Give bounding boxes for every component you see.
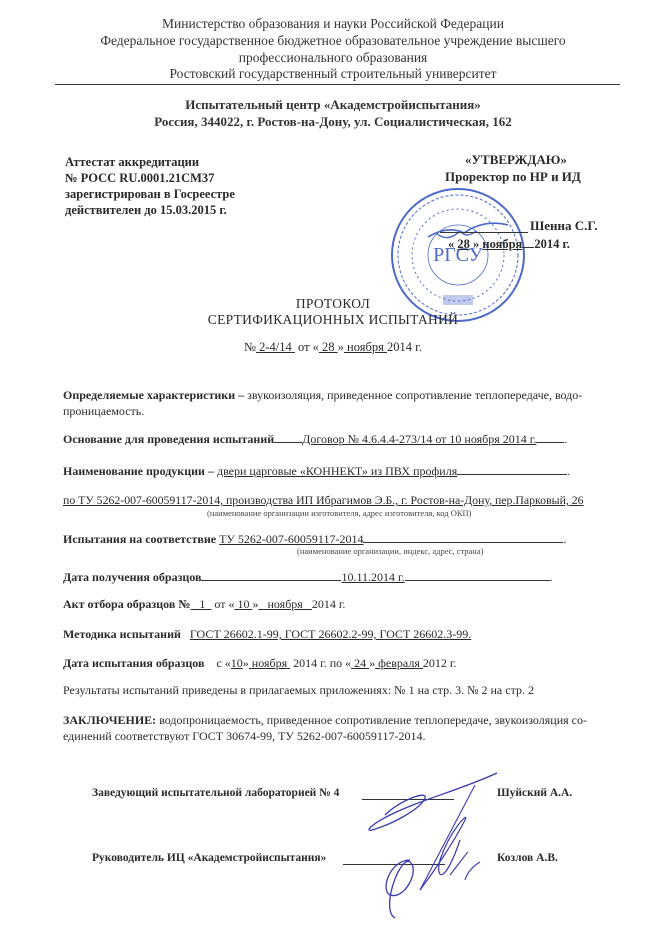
basis-field: Основание для проведения испытанийДогово… xyxy=(63,430,567,447)
conclusion-text: водопроницаемость, приведенное сопротивл… xyxy=(159,713,587,727)
conclusion: ЗАКЛЮЧЕНИЕ: водопроницаемость, приведенн… xyxy=(63,713,587,728)
signature-position-lab: Заведующий испытательной лабораторией № … xyxy=(92,787,339,799)
sampling-act-month: ноября xyxy=(267,597,302,611)
sampling-act-field: Акт отбора образцов № 1 от « 10 » ноября… xyxy=(63,597,345,612)
approval-signer: Шенна С.Г. xyxy=(530,218,597,234)
product-caption: (наименование организации изготовителя, … xyxy=(207,508,471,518)
product-manufacturer: по ТУ 5262-007-60059117-2014, производст… xyxy=(63,493,584,508)
conformity-label: Испытания на соответствие xyxy=(63,532,216,546)
handwritten-signature-icon xyxy=(350,770,510,930)
approval-day: 28 xyxy=(457,237,470,251)
accreditation-title: Аттестат аккредитации xyxy=(65,154,235,170)
approval-month: ноября xyxy=(482,237,522,251)
test-center-name: Испытательный центр «Академстройиспытани… xyxy=(0,96,666,113)
receipt-date-value: 10.11.2014 г. xyxy=(341,570,404,584)
product-value: двери царговые «КОННЕКТ» из ПВХ профиля xyxy=(217,464,457,478)
accreditation-valid-until: действителен до 15.03.2015 г. xyxy=(65,202,235,218)
test-month-end: февраля xyxy=(378,656,420,670)
test-day-end: 24 xyxy=(354,656,366,670)
test-center-address: Россия, 344022, г. Ростов-на-Дону, ул. С… xyxy=(0,113,666,130)
approval-position: Проректор по НР и ИД xyxy=(445,169,581,185)
receipt-date-field: Дата получения образцов10.11.2014 г.. xyxy=(63,568,553,585)
protocol-title: ПРОТОКОЛ xyxy=(0,296,666,312)
institution-line-2: профессионального образования xyxy=(0,49,666,66)
protocol-month: ноября xyxy=(344,340,387,354)
institution-line: Федеральное государственное бюджетное об… xyxy=(0,32,666,49)
method-value: ГОСТ 26602.1-99, ГОСТ 26602.2-99, ГОСТ 2… xyxy=(190,627,471,641)
receipt-date-label: Дата получения образцов xyxy=(63,570,201,584)
accreditation-number: № РОСС RU.0001.21СМ37 xyxy=(65,170,235,186)
approval-title: «УТВЕРЖДАЮ» xyxy=(465,152,567,168)
protocol-number-line: № 2-4/14 от « 28 » ноября 2014 г. xyxy=(0,340,666,355)
protocol-day: 28 xyxy=(319,340,338,354)
protocol-subtitle: СЕРТИФИКАЦИОННЫХ ИСПЫТАНИЙ xyxy=(0,312,666,328)
results-note: Результаты испытаний приведены в прилага… xyxy=(63,683,534,698)
product-label: Наименование продукции – xyxy=(63,464,214,478)
test-day-start: 10 xyxy=(231,656,243,670)
accreditation-block: Аттестат аккредитации № РОСС RU.0001.21С… xyxy=(65,154,235,218)
approval-year: 2014 г. xyxy=(534,237,570,251)
protocol-number: 2-4/14 xyxy=(256,340,295,354)
sampling-act-label: Акт отбора образцов № xyxy=(63,597,190,611)
conclusion-text-cont: единений соответствуют ГОСТ 30674-99, ТУ… xyxy=(63,729,425,744)
test-date-field: Дата испытания образцов с «10» ноября 20… xyxy=(63,656,456,671)
test-date-label: Дата испытания образцов xyxy=(63,656,204,670)
sampling-act-day: 10 xyxy=(237,597,249,611)
conformity-value: ТУ 5262-007-60059117-2014 xyxy=(219,532,363,546)
characteristics-label: Определяемые характеристики – xyxy=(63,388,244,402)
method-label: Методика испытаний xyxy=(63,627,181,641)
university-name: Ростовский государственный строительный … xyxy=(0,65,666,82)
conformity-field: Испытания на соответствие ТУ 5262-007-60… xyxy=(63,530,566,547)
characteristics-value: звукоизоляция, приведенное сопротивление… xyxy=(247,388,582,402)
sampling-act-number: 1 xyxy=(199,597,205,611)
basis-label: Основание для проведения испытаний xyxy=(63,432,274,446)
method-field: Методика испытаний ГОСТ 26602.1-99, ГОСТ… xyxy=(63,627,471,642)
ministry-line: Министерство образования и науки Российс… xyxy=(0,15,666,32)
characteristics-field: Определяемые характеристики – звукоизоля… xyxy=(63,388,582,403)
approval-date: « 28 » ноября2014 г. xyxy=(448,235,570,252)
conclusion-label: ЗАКЛЮЧЕНИЕ: xyxy=(63,713,156,727)
test-month-start: ноября xyxy=(252,656,287,670)
conformity-caption: (наименование организации, индекс, адрес… xyxy=(297,546,483,556)
accreditation-registered: зарегистрирован в Госреестре xyxy=(65,186,235,202)
product-field: Наименование продукции – двери царговые … xyxy=(63,462,570,479)
header-divider xyxy=(55,84,620,85)
characteristics-value-cont: проницаемость. xyxy=(63,404,144,419)
basis-value: Договор № 4.6.4.4-273/14 от 10 ноября 20… xyxy=(302,432,536,446)
signature-position-head: Руководитель ИЦ «Академстройиспытания» xyxy=(92,852,326,864)
